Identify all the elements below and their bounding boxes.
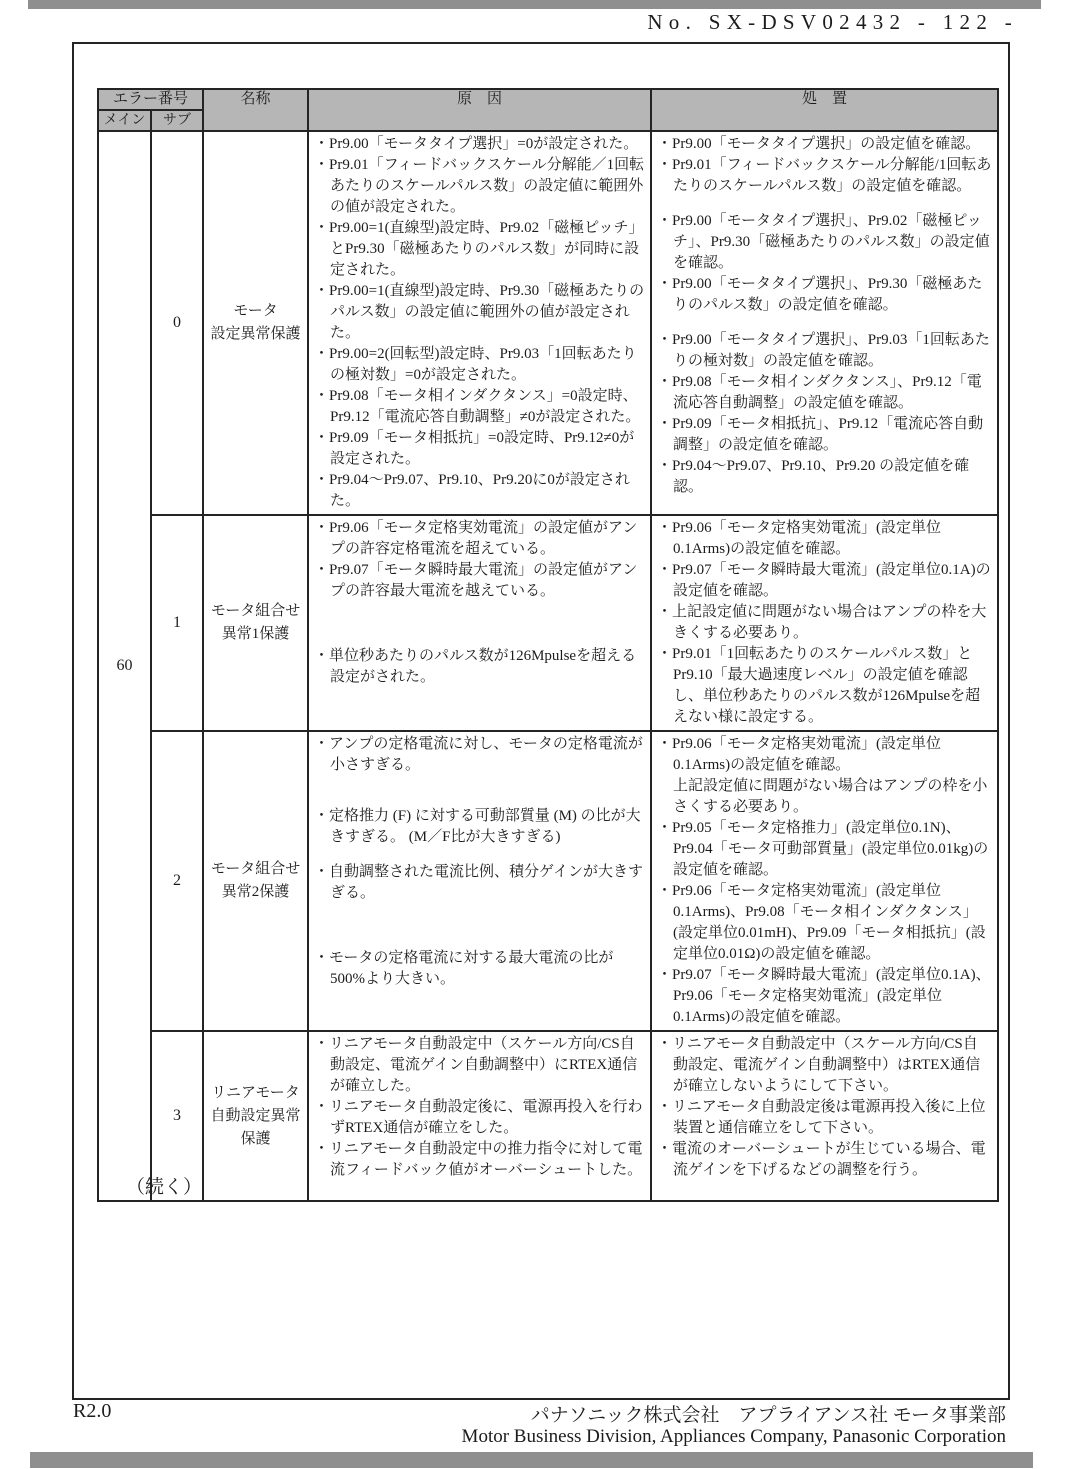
action-item: ・Pr9.06「モータ定格実効電流」(設定単位0.1Arms)、Pr9.08「モ… [657,881,992,965]
cause-item: ・Pr9.07「モータ瞬時最大電流」の設定値がアンプの許容最大電流を越えている。 [314,560,645,602]
cause-cell: ・Pr9.00「モータタイプ選択」=0が設定された。 ・Pr9.01「フィードバ… [308,131,651,515]
error-name: モータ組合せ 異常1保護 [203,515,308,731]
col-header-error-no: エラー番号 [98,89,203,110]
cause-item: ・リニアモータ自動設定後に、電源再投入を行わずRTEX通信が確立をした。 [314,1097,645,1139]
action-item: ・Pr9.09「モータ相抵抗」、Pr9.12「電流応答自動調整」の設定値を確認。 [657,414,992,456]
action-item: ・リニアモータ自動設定後は電源再投入後に上位装置と通信確立をして下さい。 [657,1097,992,1139]
action-item: ・Pr9.06「モータ定格実効電流」(設定単位0.1Arms)の設定値を確認。 [657,734,992,776]
cause-item: ・Pr9.01「フィードバックスケール分解能／1回転あたりのスケールパルス数」の… [314,155,645,218]
table-row: 3 リニアモータ 自動設定異常 保護 ・リニアモータ自動設定中（スケール方向/C… [98,1031,998,1201]
action-item: ・Pr9.07「モータ瞬時最大電流」(設定単位0.1A)の設定値を確認。 [657,560,992,602]
cause-item: ・Pr9.00=2(回転型)設定時、Pr9.03「1回転あたりの極対数」=0が設… [314,344,645,386]
col-header-action: 処 置 [651,89,998,131]
col-header-name: 名称 [203,89,308,131]
action-item: 上記設定値に問題がない場合はアンプの枠を小さくする必要あり。 [657,776,992,818]
cause-item: ・アンプの定格電流に対し、モータの定格電流が小さすぎる。 [314,734,645,776]
col-header-cause: 原 因 [308,89,651,131]
table-row: 1 モータ組合せ 異常1保護 ・Pr9.06「モータ定格実効電流」の設定値がアン… [98,515,998,731]
cause-cell: ・アンプの定格電流に対し、モータの定格電流が小さすぎる。 ・定格推力 (F) に… [308,731,651,1031]
action-cell: ・リニアモータ自動設定中（スケール方向/CS自動設定、電流ゲイン自動調整中）はR… [651,1031,998,1201]
sub-error-number: 2 [151,731,203,1031]
cause-item: ・Pr9.09「モータ相抵抗」=0設定時、Pr9.12≠0が設定された。 [314,428,645,470]
action-item: ・Pr9.00「モータタイプ選択」、Pr9.30「磁極あたりのパルス数」の設定値… [657,274,992,316]
main-error-number: 60 [98,131,151,1201]
action-item: ・Pr9.00「モータタイプ選択」、Pr9.03「1回転あたりの極対数」の設定値… [657,330,992,372]
page-frame: エラー番号 名称 原 因 処 置 メイン サブ 60 0 モータ 設定異常保護 … [72,42,1010,1400]
col-header-main: メイン [98,110,151,131]
scanned-document-page: { "document": { "doc_number": "No. SX-DS… [0,0,1078,1469]
error-name: リニアモータ 自動設定異常 保護 [203,1031,308,1201]
action-item: ・Pr9.06「モータ定格実効電流」(設定単位0.1Arms)の設定値を確認。 [657,518,992,560]
table-row: 60 0 モータ 設定異常保護 ・Pr9.00「モータタイプ選択」=0が設定され… [98,131,998,515]
cause-item: ・単位秒あたりのパルス数が126Mpulseを超える設定がされた。 [314,646,645,688]
action-item: ・Pr9.04～Pr9.07、Pr9.10、Pr9.20 の設定値を確認。 [657,456,992,498]
cause-item: ・リニアモータ自動設定中の推力指令に対して電流フィードバック値がオーバーシュート… [314,1139,645,1181]
continued-note: （続く） [126,1172,202,1199]
error-name: モータ組合せ 異常2保護 [203,731,308,1031]
footer-revision: R2.0 [73,1400,111,1423]
cause-item: ・リニアモータ自動設定中（スケール方向/CS自動設定、電流ゲイン自動調整中）にR… [314,1034,645,1097]
sub-error-number: 1 [151,515,203,731]
action-item: ・電流のオーバーシュートが生じている場合、電流ゲインを下げるなどの調整を行う。 [657,1139,992,1181]
action-item: ・上記設定値に問題がない場合はアンプの枠を大きくする必要あり。 [657,602,992,644]
action-cell: ・Pr9.06「モータ定格実効電流」(設定単位0.1Arms)の設定値を確認。 … [651,731,998,1031]
sub-error-number: 0 [151,131,203,515]
cause-item: ・Pr9.06「モータ定格実効電流」の設定値がアンプの許容定格電流を超えている。 [314,518,645,560]
action-item: ・Pr9.07「モータ瞬時最大電流」(設定単位0.1A)、Pr9.06「モータ定… [657,965,992,1028]
action-item: ・Pr9.01「フィードバックスケール分解能/1回転あたりのスケールパルス数」の… [657,155,992,197]
action-cell: ・Pr9.00「モータタイプ選択」の設定値を確認。 ・Pr9.01「フィードバッ… [651,131,998,515]
col-header-sub: サブ [151,110,203,131]
cause-cell: ・Pr9.06「モータ定格実効電流」の設定値がアンプの許容定格電流を超えている。… [308,515,651,731]
doc-number: No. SX-DSV02432 - 122 - [647,10,1018,35]
action-item: ・Pr9.05「モータ定格推力」(設定単位0.1N)、Pr9.04「モータ可動部… [657,818,992,881]
action-item: ・Pr9.00「モータタイプ選択」、Pr9.02「磁極ピッチ」、Pr9.30「磁… [657,211,992,274]
cause-item: ・モータの定格電流に対する最大電流の比が500%より大きい。 [314,948,645,990]
action-item: ・リニアモータ自動設定中（スケール方向/CS自動設定、電流ゲイン自動調整中）はR… [657,1034,992,1097]
scan-edge-top [28,0,1041,9]
error-table: エラー番号 名称 原 因 処 置 メイン サブ 60 0 モータ 設定異常保護 … [97,88,999,1202]
action-cell: ・Pr9.06「モータ定格実効電流」(設定単位0.1Arms)の設定値を確認。 … [651,515,998,731]
action-item: ・Pr9.01「1回転あたりのスケールパルス数」とPr9.10「最大過速度レベル… [657,644,992,728]
cause-item: ・Pr9.08「モータ相インダクタンス」=0設定時、Pr9.12「電流応答自動調… [314,386,645,428]
cause-item: ・Pr9.00「モータタイプ選択」=0が設定された。 [314,134,645,155]
table-row: 2 モータ組合せ 異常2保護 ・アンプの定格電流に対し、モータの定格電流が小さす… [98,731,998,1031]
cause-item: ・Pr9.00=1(直線型)設定時、Pr9.30「磁極あたりのパルス数」の設定値… [314,281,645,344]
scan-edge-bottom [30,1452,1033,1468]
cause-item: ・Pr9.00=1(直線型)設定時、Pr9.02「磁極ピッチ」とPr9.30「磁… [314,218,645,281]
cause-item: ・Pr9.04～Pr9.07、Pr9.10、Pr9.20に0が設定された。 [314,470,645,512]
cause-item: ・定格推力 (F) に対する可動部質量 (M) の比が大きすぎる。 (M／F比が… [314,806,645,848]
cause-cell: ・リニアモータ自動設定中（スケール方向/CS自動設定、電流ゲイン自動調整中）にR… [308,1031,651,1201]
error-name: モータ 設定異常保護 [203,131,308,515]
action-item: ・Pr9.08「モータ相インダクタンス」、Pr9.12「電流応答自動調整」の設定… [657,372,992,414]
action-item: ・Pr9.00「モータタイプ選択」の設定値を確認。 [657,134,992,155]
cause-item: ・自動調整された電流比例、積分ゲインが大きすぎる。 [314,862,645,904]
footer-company-ja: パナソニック株式会社 アプライアンス社 モータ事業部 [531,1400,1006,1427]
footer-company-en: Motor Business Division, Appliances Comp… [462,1426,1006,1448]
